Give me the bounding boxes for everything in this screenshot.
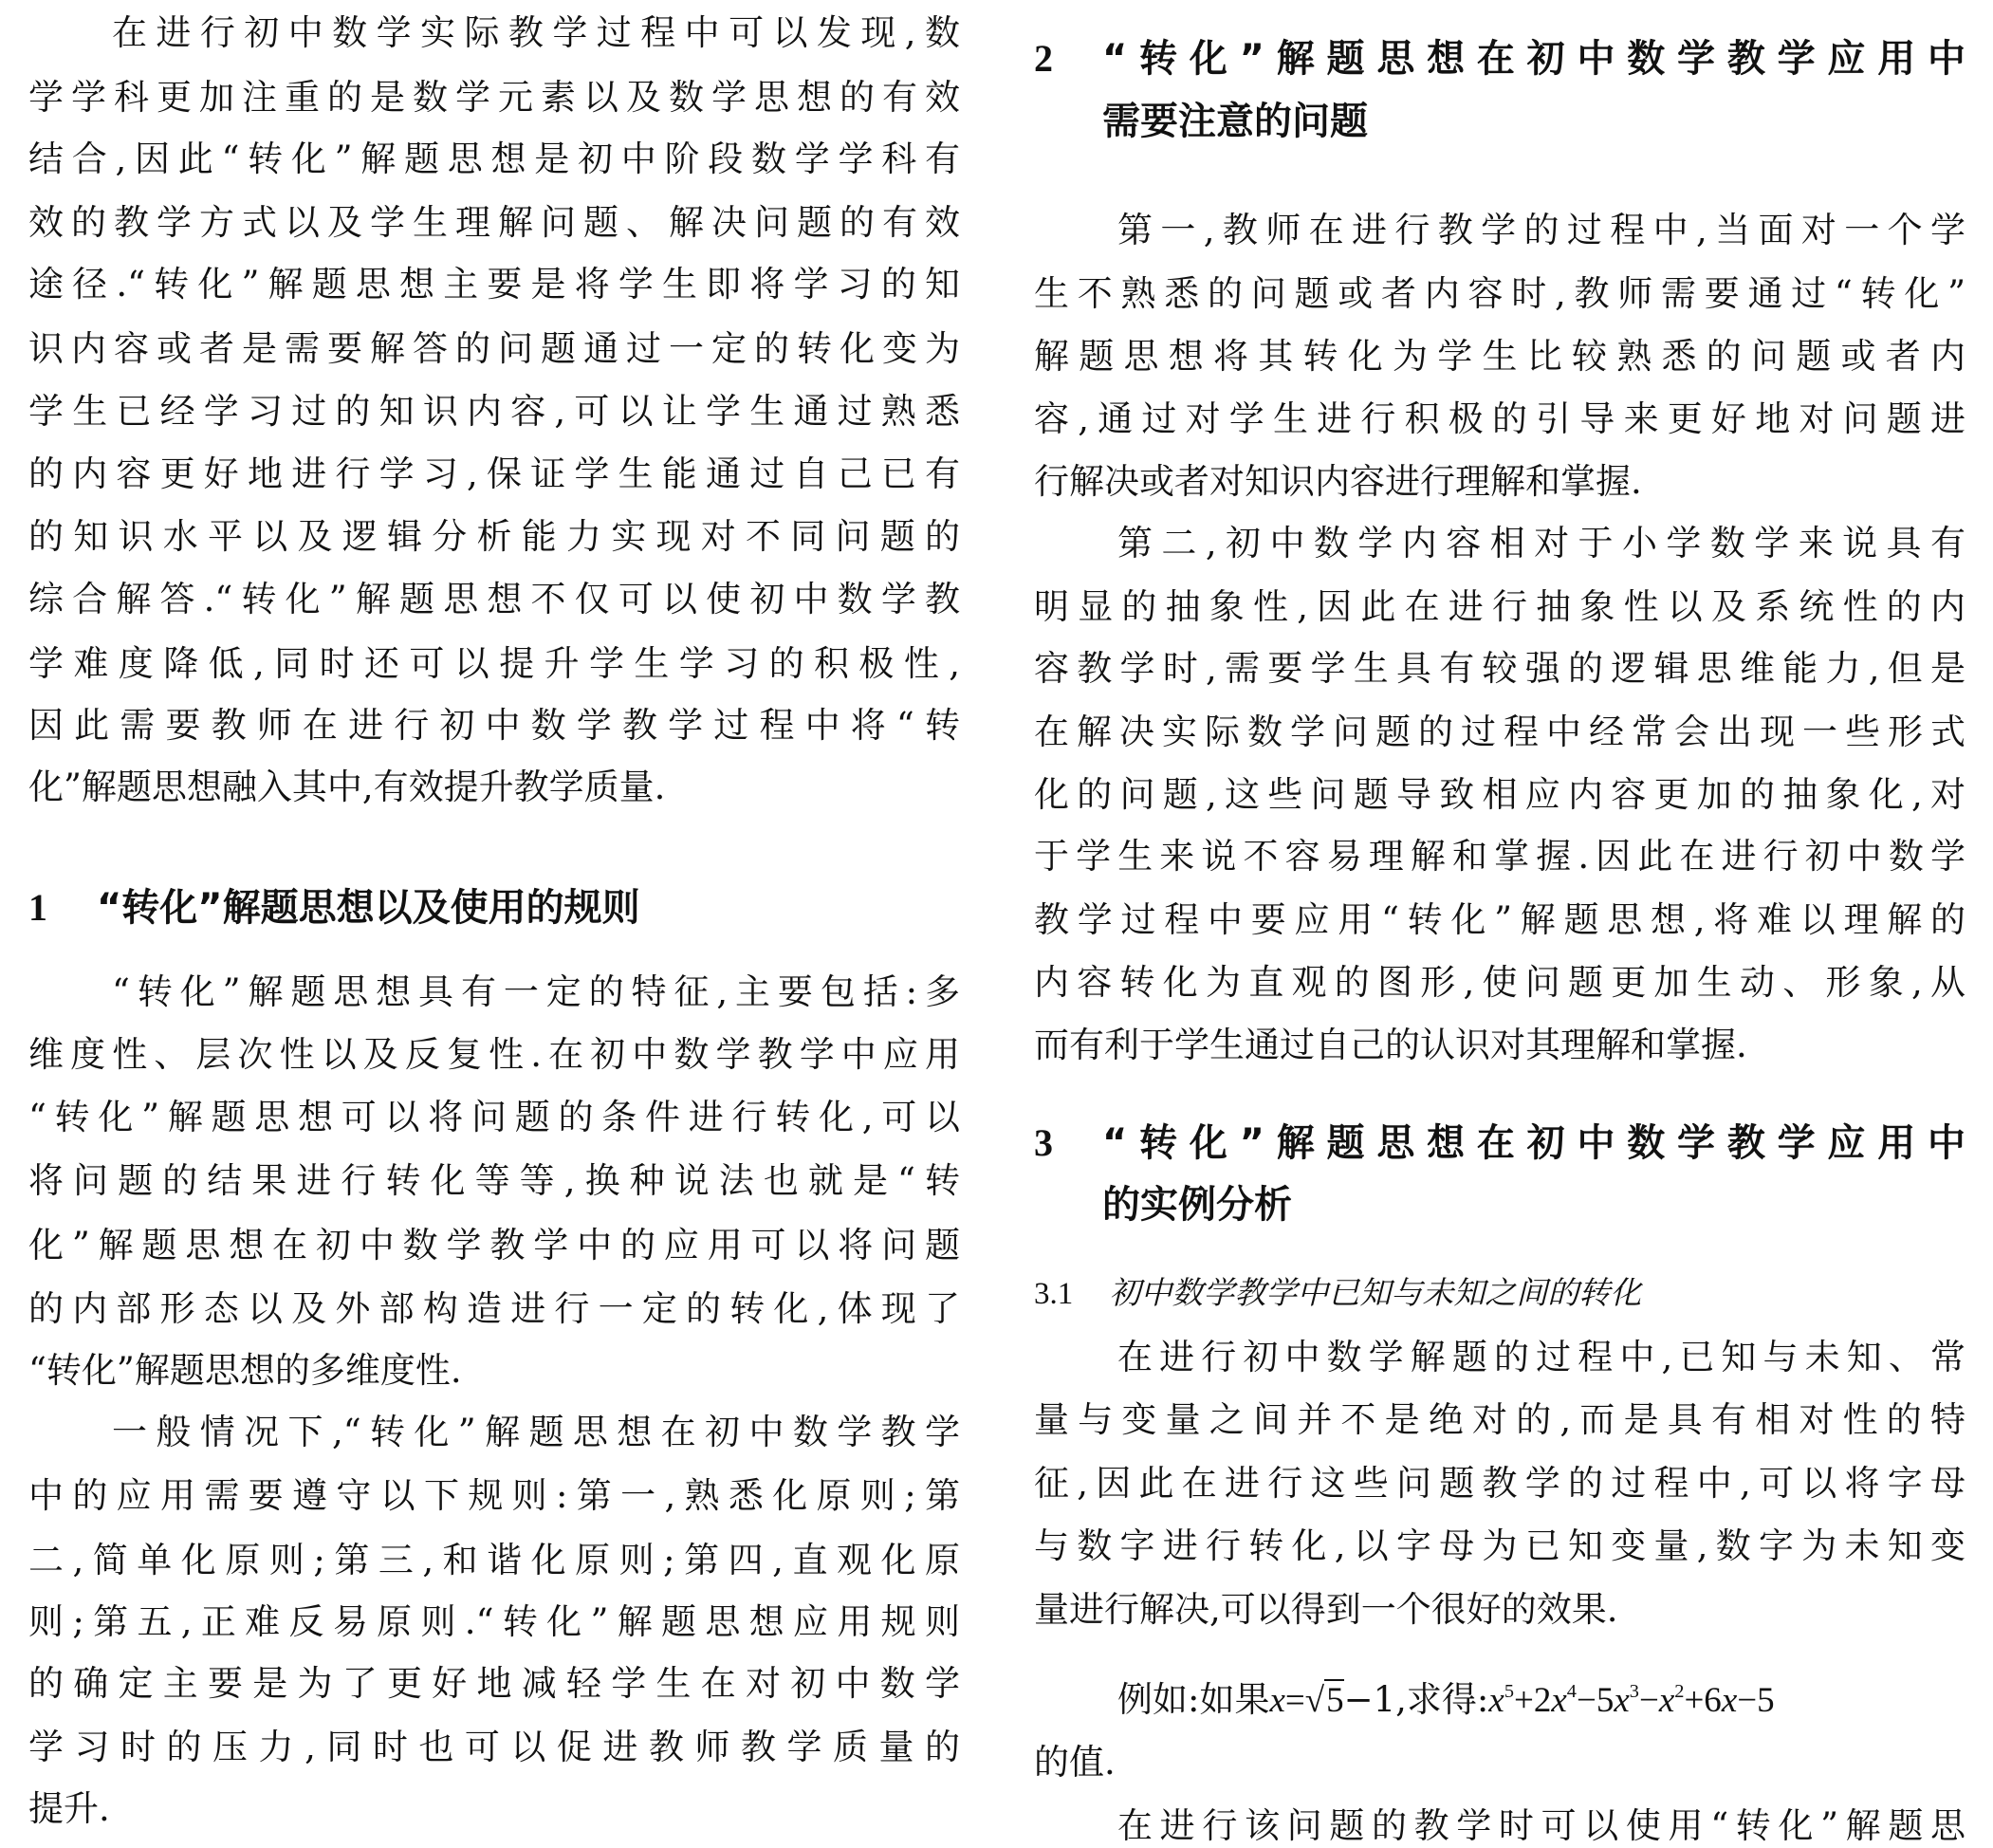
- text-line: 生不熟悉的问题或者内容时,教师需要通过“转化”: [1034, 269, 1965, 319]
- math-variable: x: [1269, 1681, 1284, 1720]
- text-line: 提升.: [28, 1784, 960, 1834]
- heading-line: 的实例分析: [1034, 1178, 1965, 1231]
- text-line: 化”解题思想在初中数学教学中的应用可以将问题: [28, 1221, 960, 1270]
- text-line: 二,简单化原则;第三,和谐化原则;第四,直观化原: [28, 1536, 960, 1585]
- polynomial-term: x5: [1488, 1681, 1514, 1720]
- example-mid: −1,求得:: [1344, 1679, 1489, 1720]
- subsection-3-1-heading: 3.1初中数学教学中已知与未知之间的转化: [1034, 1272, 1641, 1314]
- text-line: 一般情况下,“转化”解题思想在初中数学教学: [112, 1408, 960, 1457]
- text-line: 第二,初中数学内容相对于小学数学来说具有: [1117, 519, 1965, 568]
- text-line: “转化”解题思想的多维度性.: [28, 1346, 960, 1395]
- polynomial-term: −5x3: [1577, 1681, 1639, 1720]
- polynomial-term: −5: [1737, 1681, 1774, 1720]
- text-line: 明显的抽象性,因此在进行抽象性以及系统性的内: [1034, 582, 1965, 632]
- text-line: 的内容更好地进行学习,保证学生能通过自己已有: [28, 450, 960, 499]
- section-title-line: 需要注意的问题: [1102, 95, 1965, 148]
- text-line: 的值.: [1034, 1738, 1965, 1787]
- text-line: 途径.“转化”解题思想主要是将学生即将学习的知: [28, 260, 960, 309]
- text-line: 化”解题思想融入其中,有效提升教学质量.: [28, 763, 960, 812]
- text-line: 维度性、层次性以及反复性.在初中数学教学中应用: [28, 1030, 960, 1080]
- text-line: 则;第五,正难反易原则.“转化”解题思想应用规则: [28, 1598, 960, 1647]
- heading-line: 需要注意的问题: [1034, 95, 1965, 148]
- subsection-number: 3.1: [1034, 1277, 1073, 1311]
- text-line: 学学科更加注重的是数学元素以及数学思想的有效: [28, 73, 960, 122]
- sqrt-symbol: √: [1305, 1681, 1324, 1720]
- polynomial-term: +6x: [1684, 1681, 1737, 1720]
- section-title-line: “转化”解题思想在初中数学教学应用中: [1102, 1117, 1965, 1170]
- text-line: 解题思想将其转化为学生比较熟悉的问题或者内: [1034, 332, 1965, 381]
- section-title-line: 的实例分析: [1102, 1178, 1965, 1231]
- text-line: 的知识水平以及逻辑分析能力实现对不同问题的: [28, 512, 960, 562]
- text-line: 识内容或者是需要解答的问题通过一定的转化变为: [28, 324, 960, 374]
- sqrt-argument: 5: [1324, 1679, 1344, 1720]
- math-operator: =: [1285, 1681, 1305, 1720]
- polynomial-term: +2x4: [1514, 1681, 1577, 1720]
- text-line: 综合解答.“转化”解题思想不仅可以使初中数学教: [28, 575, 960, 624]
- text-line: 而有利于学生通过自己的认识对其理解和掌握.: [1034, 1021, 1965, 1070]
- text-line: 的确定主要是为了更好地减轻学生在对初中数学: [28, 1659, 960, 1709]
- section-number: 3: [1034, 1117, 1053, 1170]
- text-line: 化的问题,这些问题导致相应内容更加的抽象化,对: [1034, 770, 1965, 820]
- text-line: 效的教学方式以及学生理解问题、解决问题的有效: [28, 198, 960, 248]
- text-line: 学习时的压力,同时也可以促进教师教学质量的: [28, 1723, 960, 1772]
- text-line: 的内部形态以及外部构造进行一定的转化,体现了: [28, 1284, 960, 1334]
- section-number: 1: [28, 881, 47, 934]
- section-title-line: “转化”解题思想在初中数学教学应用中: [1102, 32, 1965, 85]
- text-line: 在进行该问题的教学时可以使用“转化”解题思: [1117, 1802, 1965, 1848]
- text-line: 征,因此在进行这些问题教学的过程中,可以将字母: [1034, 1459, 1965, 1508]
- text-line: 在进行初中数学实际教学过程中可以发现,数: [112, 9, 960, 58]
- math-equation: x=√5: [1269, 1679, 1343, 1720]
- text-line: 中的应用需要遵守以下规则:第一,熟悉化原则;第: [28, 1471, 960, 1521]
- section-title: “转化”解题思想以及使用的规则: [97, 881, 960, 934]
- text-line: 容教学时,需要学生具有较强的逻辑思维能力,但是: [1034, 644, 1965, 693]
- section-1-heading: 1 “转化”解题思想以及使用的规则: [28, 881, 960, 934]
- heading-line: 2 “转化”解题思想在初中数学教学应用中: [1034, 32, 1965, 85]
- text-line: 与数字进行转化,以字母为已知变量,数字为未知变: [1034, 1522, 1965, 1571]
- math-polynomial: x5+2x4−5x3−x2+6x−5: [1488, 1681, 1774, 1720]
- text-line: 学难度降低,同时还可以提升学生学习的积极性,: [28, 639, 960, 689]
- example-line: 例如:如果x=√5−1,求得:x5+2x4−5x3−x2+6x−5: [1117, 1675, 1965, 1725]
- section-number: 2: [1034, 32, 1053, 85]
- text-line: “转化”解题思想具有一定的特征,主要包括:多: [112, 968, 960, 1017]
- text-line: 行解决或者对知识内容进行理解和掌握.: [1034, 457, 1965, 507]
- text-line: “转化”解题思想可以将问题的条件进行转化,可以: [28, 1093, 960, 1142]
- text-line: 在进行初中数学解题的过程中,已知与未知、常: [1117, 1333, 1965, 1382]
- text-line: 教学过程中要应用“转化”解题思想,将难以理解的: [1034, 896, 1965, 945]
- heading-line: 3 “转化”解题思想在初中数学教学应用中: [1034, 1117, 1965, 1170]
- left-column: 在进行初中数学实际教学过程中可以发现,数 学学科更加注重的是数学元素以及数学思想…: [28, 0, 960, 1848]
- text-line: 因此需要教师在进行初中数学教学过程中将“转: [28, 701, 960, 750]
- text-line: 在解决实际数学问题的过程中经常会出现一些形式: [1034, 708, 1965, 757]
- text-line: 结合,因此“转化”解题思想是初中阶段数学学科有: [28, 135, 960, 184]
- text-line: 内容转化为直观的图形,使问题更加生动、形象,从: [1034, 958, 1965, 1007]
- text-line: 容,通过对学生进行积极的引导来更好地对问题进: [1034, 395, 1965, 444]
- right-column: 2 “转化”解题思想在初中数学教学应用中 需要注意的问题 第一,教师在进行教学的…: [1034, 0, 1965, 1848]
- subsection-title: 初中数学教学中已知与未知之间的转化: [1109, 1274, 1641, 1311]
- text-line: 于学生来说不容易理解和掌握.因此在进行初中数学: [1034, 832, 1965, 881]
- example-prefix: 例如:如果: [1117, 1679, 1269, 1720]
- document-page: 在进行初中数学实际教学过程中可以发现,数 学学科更加注重的是数学元素以及数学思想…: [0, 0, 1993, 1848]
- text-line: 量进行解决,可以得到一个很好的效果.: [1034, 1585, 1965, 1635]
- polynomial-term: −x2: [1639, 1681, 1684, 1720]
- text-line: 第一,教师在进行教学的过程中,当面对一个学: [1117, 206, 1965, 255]
- text-line: 学生已经学习过的知识内容,可以让学生通过熟悉: [28, 387, 960, 436]
- text-line: 量与变量之间并不是绝对的,而是具有相对性的特: [1034, 1395, 1965, 1445]
- text-line: 将问题的结果进行转化等等,换种说法也就是“转: [28, 1156, 960, 1206]
